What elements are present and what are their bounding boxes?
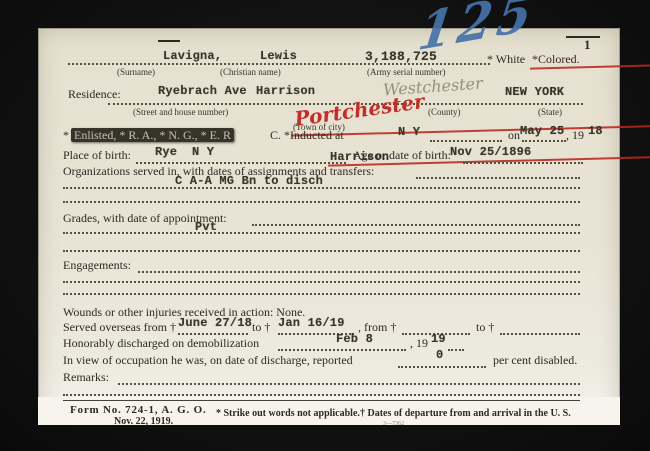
- inducted-at-label: C. *Inducted at: [270, 128, 344, 143]
- service-record-card: 1 Lavigna, Lewis 3,188,725 * White *Colo…: [38, 28, 620, 425]
- serial-number-label: (Army serial number): [367, 67, 445, 77]
- scanned-service-record-photo: 1 Lavigna, Lewis 3,188,725 * White *Colo…: [0, 0, 650, 451]
- disability-value: 0: [436, 348, 443, 362]
- induction-dots: [430, 140, 502, 142]
- residence-label: Residence:: [68, 87, 121, 102]
- induction-date-dots: [522, 140, 566, 142]
- print-code: 3—7362: [383, 421, 404, 427]
- town-value: Harrison: [256, 84, 315, 98]
- discharge-label: Honorably discharged on demobilization: [63, 336, 259, 351]
- disability-label: In view of occupation he was, on date of…: [63, 353, 353, 368]
- page-corner-number: 1: [584, 37, 591, 53]
- surname-value: Lavigna,: [163, 49, 222, 63]
- discharge-year-dots: [448, 349, 464, 351]
- form-date: Nov. 22, 1919.: [114, 416, 173, 427]
- discharge-year-value: 19: [431, 332, 446, 346]
- grades-dots: [252, 224, 580, 226]
- birth-place-label: Place of birth:: [63, 148, 131, 163]
- rule-1: [63, 187, 580, 189]
- form-number: Form No. 724-1, A. G. O.: [70, 404, 207, 416]
- overseas-from-value: June 27/18: [178, 316, 252, 330]
- footer-solid-rule: [63, 400, 580, 401]
- disability-suffix: per cent disabled.: [493, 353, 577, 368]
- engagements-label: Engagements:: [63, 258, 131, 273]
- state-value: NEW YORK: [505, 85, 564, 99]
- disability-dots: [398, 366, 486, 368]
- remarks-label: Remarks:: [63, 370, 109, 385]
- overseas-to-value: Jan 16/19: [278, 316, 345, 330]
- street-label: (Street and house number): [133, 107, 228, 117]
- birth-place-value: Rye N Y: [155, 145, 214, 159]
- christian-name-value: Lewis: [260, 49, 297, 63]
- birth-date-label: Age or date of birth:: [353, 148, 451, 163]
- surname-label: (Surname): [117, 67, 155, 77]
- race-colored-label-struck: *Colored.: [532, 52, 650, 67]
- induction-on-label: on: [508, 128, 520, 143]
- induction-year-prefix: , 19: [566, 128, 584, 143]
- discharge-dots: [278, 349, 406, 351]
- rule-2: [63, 201, 580, 203]
- dagger-note: † Dates of departure from and arrival in…: [360, 408, 571, 419]
- rule-3: [63, 232, 580, 234]
- county-label: (County): [428, 107, 461, 117]
- engagements-dots: [138, 271, 580, 273]
- strike-out-note: * Strike out words not applicable.: [216, 408, 360, 419]
- overseas-to2-dots: [500, 333, 580, 335]
- enlistment-options-struck: Enlisted, * R. A., * N. G., * E. R: [71, 128, 234, 143]
- top-left-dash: [158, 40, 180, 42]
- christian-name-label: (Christian name): [220, 67, 281, 77]
- rule-6: [63, 293, 580, 295]
- overseas-from-label: Served overseas from †: [63, 320, 176, 335]
- rule-4: [63, 250, 580, 252]
- discharge-date-value: Feb 8: [336, 332, 373, 346]
- remarks-dots: [118, 383, 580, 385]
- organizations-dots: [416, 177, 580, 179]
- organizations-value: C A-A MG Bn to disch: [175, 174, 323, 188]
- black-strike-smear: Enlisted, * R. A., * N. G., * E. R: [71, 128, 234, 142]
- footer-dotted-rule: [63, 394, 580, 396]
- birth-date-value: Nov 25/1896: [450, 145, 531, 159]
- induction-date-value: May 25: [520, 124, 564, 138]
- induction-state-value: N Y: [398, 125, 420, 139]
- overseas-to-label: to †: [252, 320, 270, 335]
- corner-overline: [566, 36, 600, 38]
- induction-year-value: 18: [588, 124, 603, 138]
- overseas-to2-label: to †: [476, 320, 494, 335]
- overseas-from-dots: [178, 333, 248, 335]
- discharge-year-prefix: , 19: [410, 336, 428, 351]
- rule-5: [63, 281, 580, 283]
- race-white-label: * White: [487, 52, 525, 67]
- state-label: (State): [538, 107, 562, 117]
- induction-asterisk: *: [63, 128, 69, 143]
- birth-date-dots: [463, 162, 583, 164]
- street-value: Ryebrach Ave: [158, 84, 247, 98]
